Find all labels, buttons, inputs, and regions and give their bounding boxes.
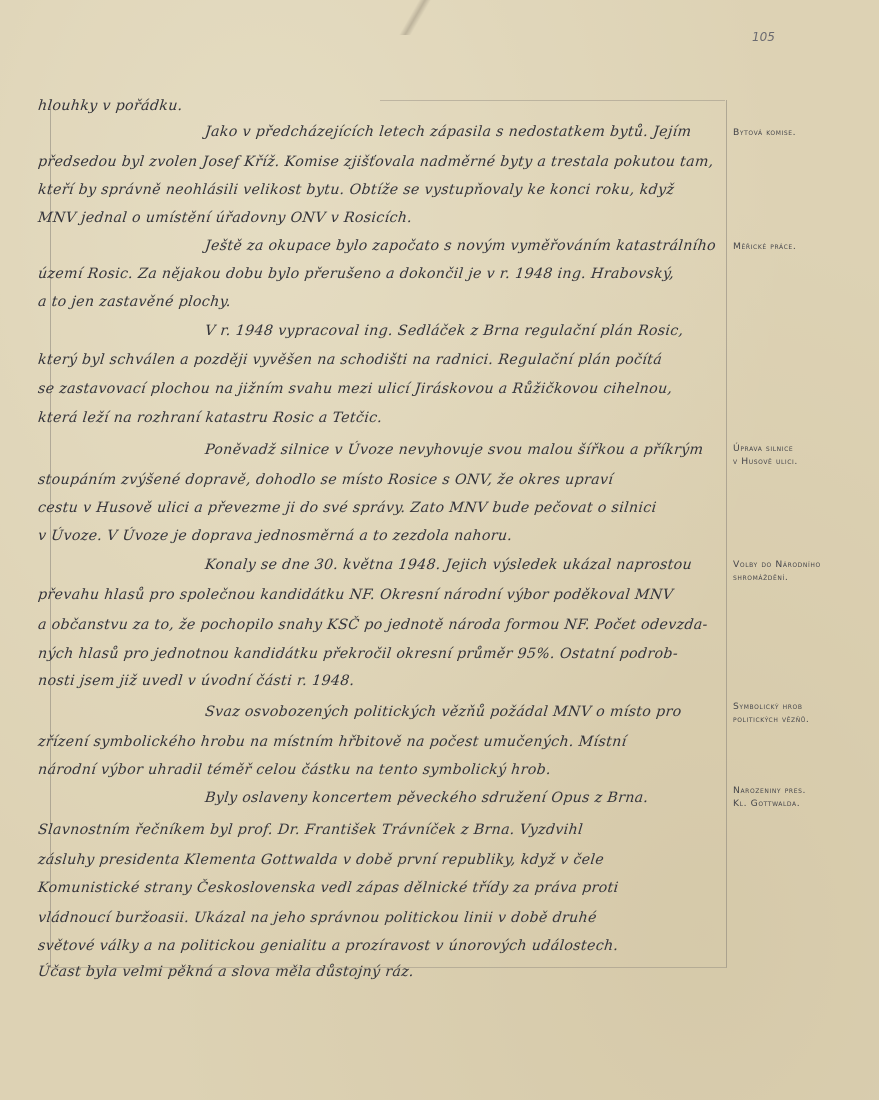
margin-note-line: Volby do Národního <box>733 558 821 571</box>
text-line: nosti jsem již uvedl v úvodní části r. 1… <box>37 673 355 689</box>
text-line: cestu v Husově ulici a převezme ji do sv… <box>37 500 657 516</box>
text-line: se zastavovací plochou na jižním svahu m… <box>37 381 673 397</box>
text-line: ných hlasů pro jednotnou kandidátku přek… <box>37 646 679 662</box>
text-line: Účast byla velmi pěkná a slova měla důst… <box>37 964 415 980</box>
margin-note-road-repair: Úprava silnice v Husově ulici. <box>733 442 798 468</box>
margin-note-line: Kl. Gottwalda. <box>733 797 806 810</box>
margin-note-line: politických vězňů. <box>733 713 809 726</box>
margin-note-line: v Husově ulici. <box>733 455 798 468</box>
manuscript-page: 105 hlouhky v pořádku. Jako v předcházej… <box>0 0 879 1100</box>
text-line: zásluhy presidenta Klementa Gottwalda v … <box>37 852 605 868</box>
text-line: Svaz osvobozených politických vězňů požá… <box>204 704 682 720</box>
text-line: národní výbor uhradil téměř celou částku… <box>37 762 552 778</box>
text-line: Komunistické strany Československa vedl … <box>37 880 619 896</box>
text-line: a občanstvu za to, že pochopilo snahy KS… <box>37 617 708 633</box>
margin-note-line: Narozeniny pres. <box>733 784 806 797</box>
text-line: a to jen zastavěné plochy. <box>37 294 232 310</box>
text-line: který byl schválen a později vyvěšen na … <box>37 352 663 368</box>
text-line: zřízení symbolického hrobu na místním hř… <box>37 734 627 750</box>
text-line: Jako v předcházejících letech zápasila s… <box>204 124 692 140</box>
text-line: kteří by správně neohlásili velikost byt… <box>37 182 675 198</box>
text-line: v Úvoze. V Úvoze je doprava jednosměrná … <box>37 528 513 544</box>
margin-note-elections: Volby do Národního shromáždění. <box>733 558 821 584</box>
margin-note-line: Měřické práce. <box>733 240 796 253</box>
text-line: která leží na rozhraní katastru Rosic a … <box>37 410 383 426</box>
text-line: Byly oslaveny koncertem pěveckého sdruže… <box>204 790 649 806</box>
text-frame-top <box>380 100 725 101</box>
text-line: V r. 1948 vypracoval ing. Sedláček z Brn… <box>204 323 684 339</box>
text-line: MNV jednal o umístění úřadovny ONV v Ros… <box>37 210 413 226</box>
paper-crease <box>395 0 435 35</box>
text-line: hlouhky v pořádku. <box>37 98 183 114</box>
margin-note-gottwald-birthday: Narozeniny pres. Kl. Gottwalda. <box>733 784 806 810</box>
margin-note-survey-work: Měřické práce. <box>733 240 796 253</box>
margin-note-housing-commission: Bytová komise. <box>733 126 796 139</box>
text-line: vládnoucí buržoasii. Ukázal na jeho sprá… <box>37 910 598 926</box>
text-line: území Rosic. Za nějakou dobu bylo přeruš… <box>37 266 675 282</box>
text-line: Konaly se dne 30. května 1948. Jejich vý… <box>204 557 693 573</box>
text-line: převahu hlasů pro společnou kandidátku N… <box>37 587 674 603</box>
text-line: stoupáním zvýšené dopravě, dohodlo se mí… <box>37 472 614 488</box>
text-line: předsedou byl zvolen Josef Kříž. Komise … <box>37 154 714 170</box>
margin-note-line: Symbolický hrob <box>733 700 809 713</box>
margin-note-line: shromáždění. <box>733 571 821 584</box>
text-line: Slavnostním řečníkem byl prof. Dr. Frant… <box>37 822 584 838</box>
text-line: Ještě za okupace bylo započato s novým v… <box>204 238 717 254</box>
margin-note-line: Bytová komise. <box>733 126 796 139</box>
text-line: Poněvadž silnice v Úvoze nevyhovuje svou… <box>204 442 704 458</box>
margin-note-symbolic-grave: Symbolický hrob politických vězňů. <box>733 700 809 726</box>
page-number: 105 <box>752 30 775 44</box>
margin-note-line: Úprava silnice <box>733 442 798 455</box>
text-line: světové války a na politickou genialitu … <box>37 938 619 954</box>
